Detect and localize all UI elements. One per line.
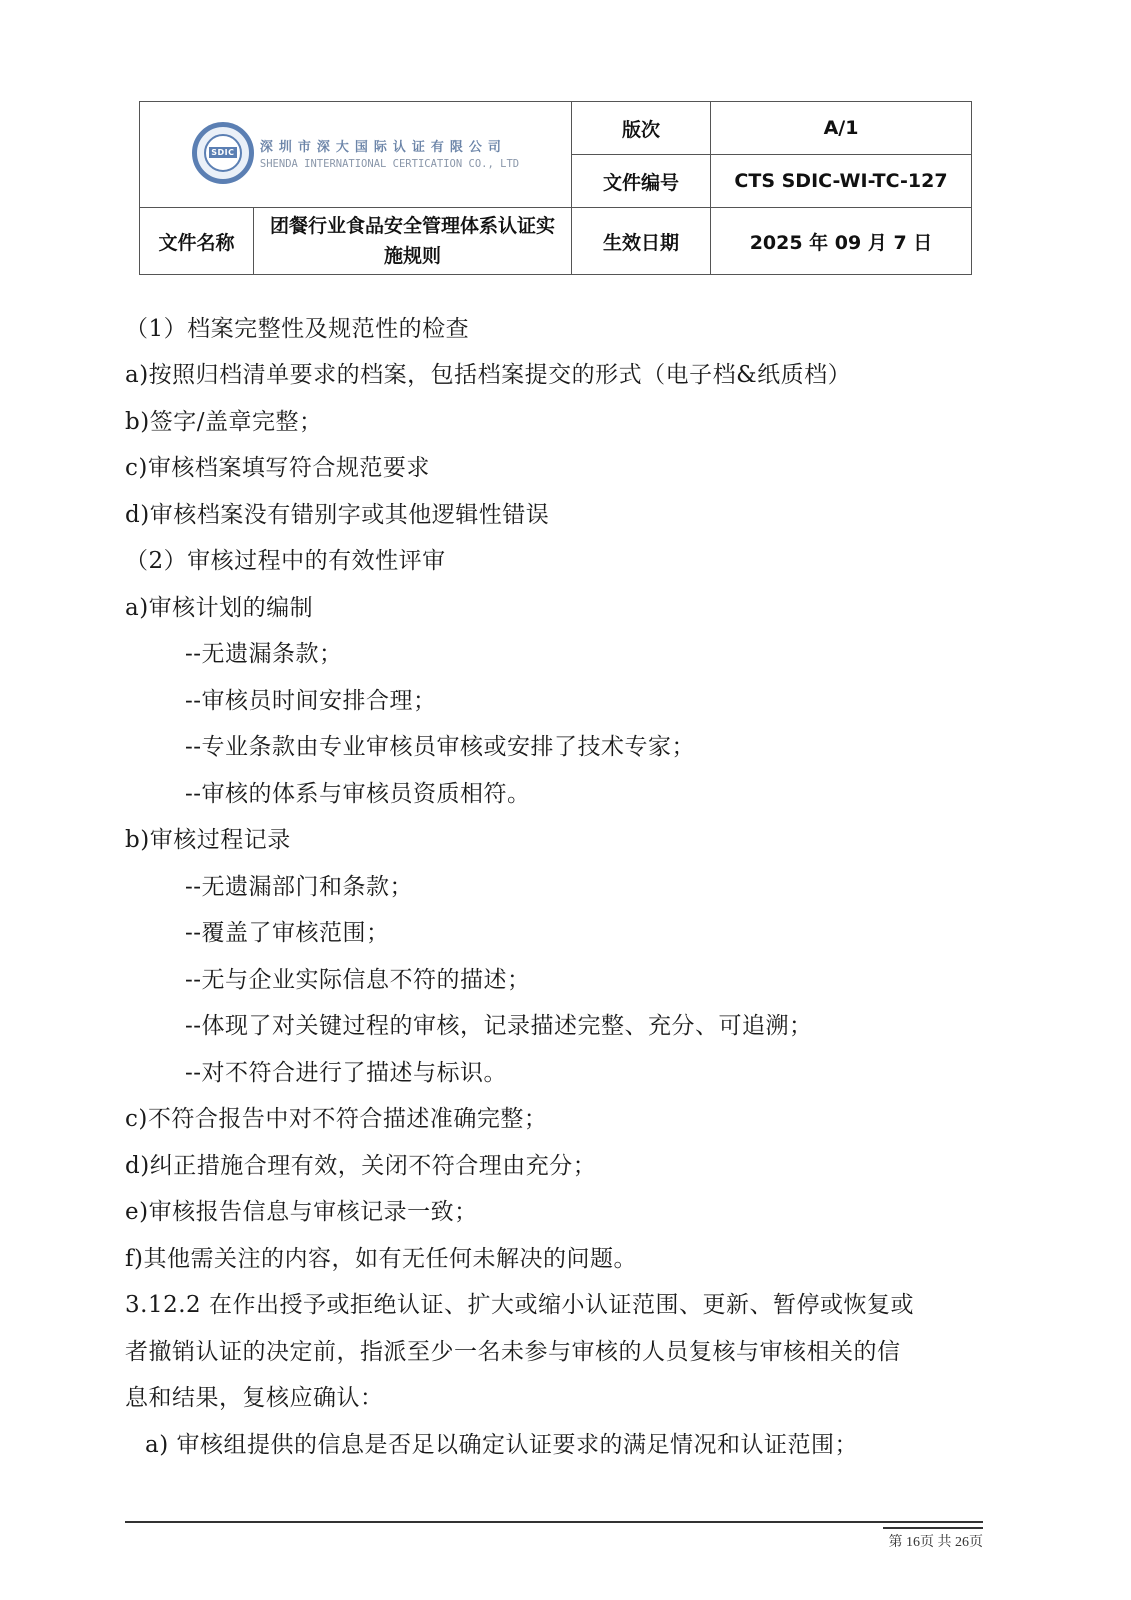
list-item: c)审核档案填写符合规范要求	[125, 449, 430, 482]
sub-item: --无与企业实际信息不符的描述；	[185, 961, 531, 994]
footer-divider-short	[883, 1527, 983, 1529]
page-number: 第 16页 共 26页	[889, 1531, 984, 1551]
edition-label: 版次	[572, 102, 711, 155]
paragraph-line: 者撤销认证的决定前，指派至少一名未参与审核的人员复核与审核相关的信	[125, 1333, 901, 1366]
effective-date-label: 生效日期	[572, 208, 711, 275]
section-heading-1: （1）档案完整性及规范性的检查	[125, 310, 469, 343]
sub-item: --无遗漏条款；	[185, 635, 343, 668]
list-item: a) 审核组提供的信息是否足以确定认证要求的满足情况和认证范围；	[145, 1426, 858, 1459]
globe-logo-icon: SDIC	[192, 122, 254, 184]
doc-name-value: 团餐行业食品安全管理体系认证实 施规则	[254, 208, 572, 275]
doc-name-label: 文件名称	[140, 208, 254, 275]
doc-number-label: 文件编号	[572, 155, 711, 208]
paragraph-line: 3.12.2 在作出授予或拒绝认证、扩大或缩小认证范围、更新、暂停或恢复或	[125, 1286, 914, 1319]
edition-value: A/1	[711, 102, 972, 155]
list-item: b)审核过程记录	[125, 821, 291, 854]
document-header-table: SDIC 深圳市深大国际认证有限公司 SHENDA INTERNATIONAL …	[139, 101, 972, 275]
list-item: a)按照归档清单要求的档案，包括档案提交的形式（电子档&纸质档）	[125, 356, 851, 389]
sub-item: --对不符合进行了描述与标识。	[185, 1054, 507, 1087]
sub-item: --无遗漏部门和条款；	[185, 868, 413, 901]
effective-date-value: 2025 年 09 月 7 日	[711, 208, 972, 275]
sub-item: --审核员时间安排合理；	[185, 682, 437, 715]
section-heading-2: （2）审核过程中的有效性评审	[125, 542, 446, 575]
sub-item: --体现了对关键过程的审核，记录描述完整、充分、可追溯；	[185, 1007, 813, 1040]
footer-divider	[125, 1521, 983, 1523]
sub-item: --审核的体系与审核员资质相符。	[185, 775, 531, 808]
doc-number-value: CTS SDIC-WI-TC-127	[711, 155, 972, 208]
list-item: e)审核报告信息与审核记录一致；	[125, 1193, 478, 1226]
list-item: a)审核计划的编制	[125, 589, 313, 622]
company-name-en: SHENDA INTERNATIONAL CERTICATION CO., LT…	[260, 158, 519, 170]
paragraph-line: 息和结果，复核应确认：	[125, 1379, 384, 1412]
logo-badge: SDIC	[209, 147, 236, 158]
list-item: f)其他需关注的内容，如有无任何未解决的问题。	[125, 1240, 637, 1273]
list-item: d)审核档案没有错别字或其他逻辑性错误	[125, 496, 549, 529]
sub-item: --专业条款由专业审核员审核或安排了技术专家；	[185, 728, 695, 761]
company-name-cn: 深圳市深大国际认证有限公司	[260, 136, 519, 155]
list-item: b)签字/盖章完整；	[125, 403, 322, 436]
company-logo-cell: SDIC 深圳市深大国际认证有限公司 SHENDA INTERNATIONAL …	[140, 102, 572, 208]
sub-item: --覆盖了审核范围；	[185, 914, 390, 947]
doc-name-line1: 团餐行业食品安全管理体系认证实	[254, 211, 571, 241]
list-item: c)不符合报告中对不符合描述准确完整；	[125, 1100, 547, 1133]
doc-name-line2: 施规则	[254, 241, 571, 271]
list-item: d)纠正措施合理有效，关闭不符合理由充分；	[125, 1147, 596, 1180]
